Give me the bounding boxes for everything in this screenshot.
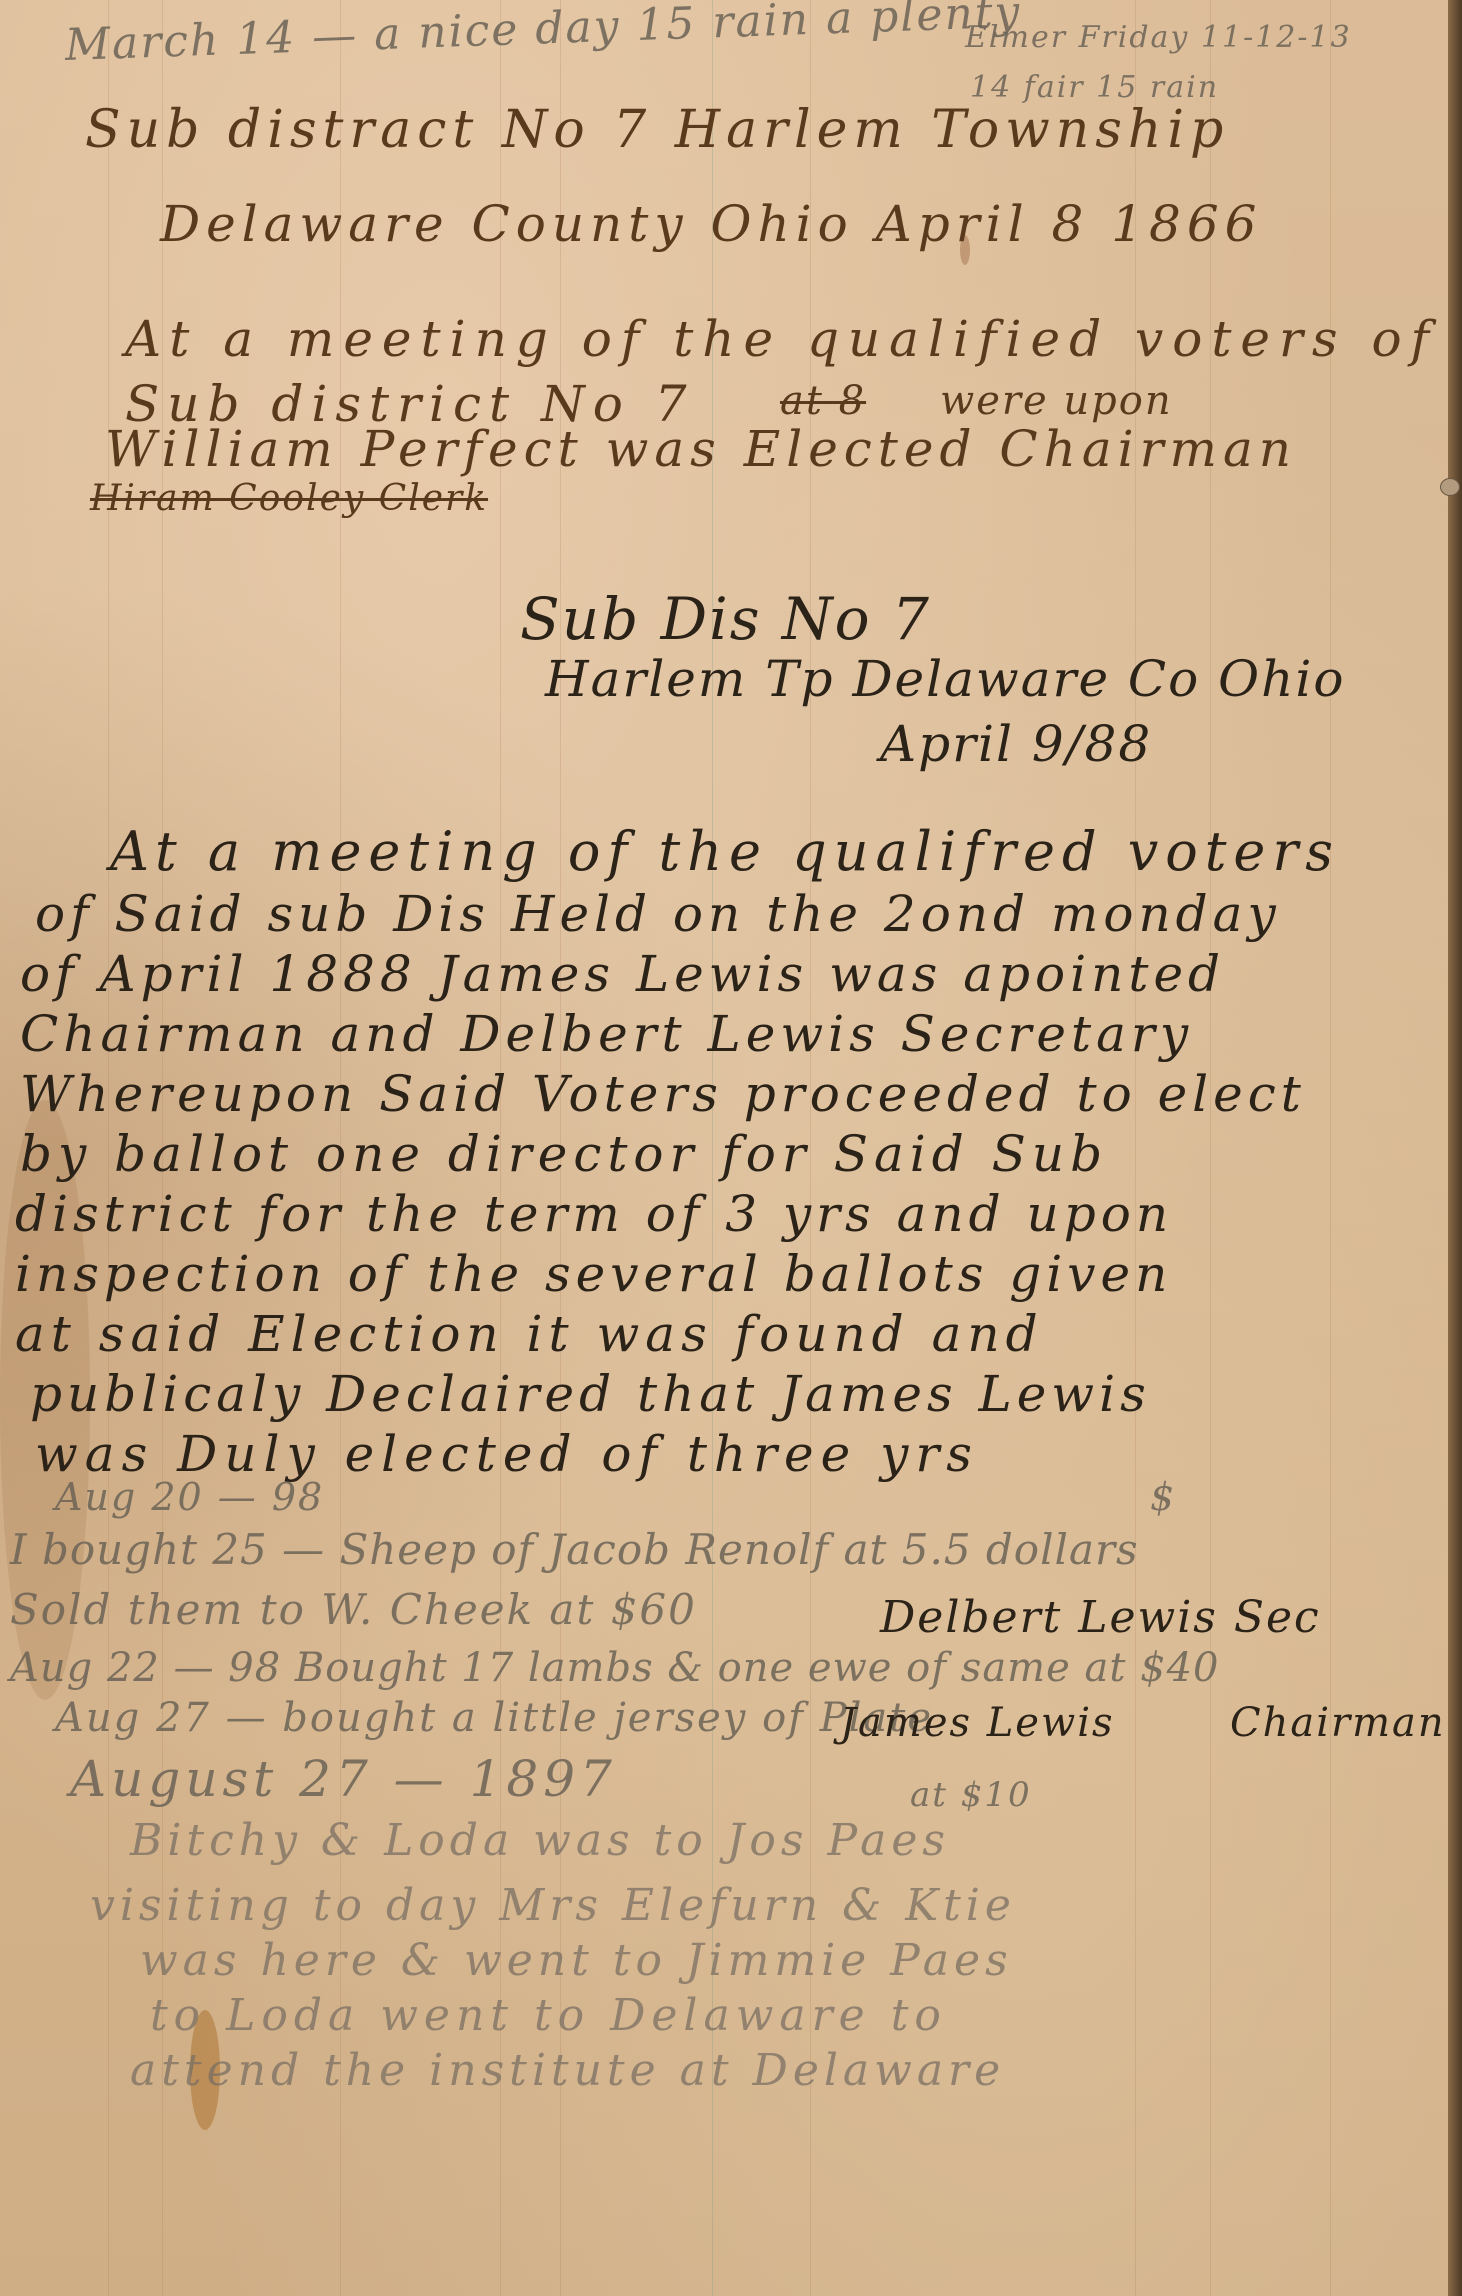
entry-1888-body-line: by ballot one director for Said Sub <box>20 1125 1108 1183</box>
entry-1888-body-line: Whereupon Said Voters proceeded to elect <box>20 1065 1306 1123</box>
secretary-signature: Delbert Lewis Sec <box>880 1592 1321 1643</box>
chairman-signature-title: Chairman <box>1230 1700 1446 1746</box>
entry-1866-heading-2: Delaware County Ohio April 8 1866 <box>160 195 1263 253</box>
chairman-signature-name: James Lewis <box>840 1700 1115 1746</box>
pencil-note: Aug 27 — bought a little jersey of Plate <box>55 1695 933 1741</box>
entry-1897-line: visiting to day Mrs Elefurn & Ktie <box>90 1880 1016 1931</box>
pencil-note: Sold them to W. Cheek at $60 <box>10 1585 697 1634</box>
entry-1866-heading-1: Sub distract No 7 Harlem Township <box>85 100 1229 160</box>
page-binding-edge <box>1448 0 1462 2296</box>
entry-1888-body-line: at said Election it was found and <box>15 1305 1044 1363</box>
pencil-note: I bought 25 — Sheep of Jacob Renolf at 5… <box>10 1525 1139 1574</box>
ledger-page: March 14 — a nice day 15 rain a plenty E… <box>0 0 1462 2296</box>
entry-1866-body-3: were upon <box>940 378 1173 424</box>
entry-1888-heading-3: April 9/88 <box>880 715 1152 773</box>
entry-1866-body-1: At a meeting of the qualified voters of <box>125 310 1438 368</box>
entry-1888-body-line: district for the term of 3 yrs and upon <box>15 1185 1173 1243</box>
entry-1866-struck-clerk: Hiram Cooley Clerk <box>90 478 488 519</box>
pencil-note: Aug 20 — 98 <box>55 1475 324 1519</box>
entry-1888-heading-2: Harlem Tp Delaware Co Ohio <box>545 650 1345 708</box>
entry-1888-body-line: At a meeting of the qualifred voters <box>110 820 1340 883</box>
top-pencil-note-right: Elmer Friday 11-12-13 <box>965 20 1352 55</box>
pencil-note: Aug 22 — 98 Bought 17 lambs & one ewe of… <box>10 1645 1219 1691</box>
pencil-note: at $10 <box>910 1775 1032 1815</box>
entry-1888-body-line: publicaly Declaired that James Lewis <box>30 1365 1151 1423</box>
entry-1897-line: attend the institute at Delaware <box>130 2045 1005 2096</box>
entry-1866-struck-text: at 8 <box>780 378 866 424</box>
entry-1897-line: was here & went to Jimmie Paes <box>140 1935 1013 1986</box>
entry-1897-line: Bitchy & Loda was to Jos Paes <box>130 1815 950 1866</box>
entry-1897-date: August 27 — 1897 <box>70 1750 617 1808</box>
entry-1897-line: to Loda went to Delaware to <box>150 1990 947 2041</box>
entry-1888-body-line: of Said sub Dis Held on the 2ond monday <box>35 885 1281 943</box>
entry-1888-body-line: Chairman and Delbert Lewis Secretary <box>20 1005 1193 1063</box>
entry-1888-body-line: of April 1888 James Lewis was apointed <box>20 945 1225 1003</box>
top-pencil-note: March 14 — a nice day 15 rain a plenty <box>64 0 1022 71</box>
binding-thread-knot <box>1440 478 1460 496</box>
entry-1888-heading-1: Sub Dis No 7 <box>520 585 931 653</box>
pencil-note-dollar: $ <box>1150 1475 1176 1519</box>
entry-1866-body-4: William Perfect was Elected Chairman <box>105 420 1297 478</box>
entry-1888-body-line: inspection of the several ballots given <box>15 1245 1172 1303</box>
